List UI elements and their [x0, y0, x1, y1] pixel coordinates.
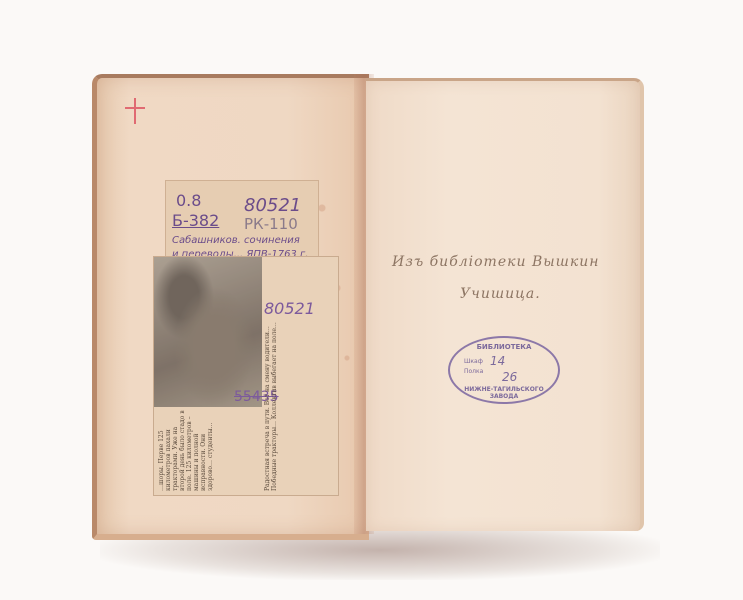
right-flyleaf	[366, 78, 644, 531]
clipping-inventory-stamp: 80521	[264, 299, 315, 318]
left-endpaper: 0.8 Б-382 80521 РК-110 Сабашников. сочин…	[92, 74, 369, 540]
open-book: 0.8 Б-382 80521 РК-110 Сабашников. сочин…	[92, 74, 642, 534]
shelf-mark: РК-110	[244, 215, 298, 233]
inscription-line-1: Изъ библіотеки Вышкин	[392, 254, 600, 270]
stamp-bottom-text: НИЖНЕ-ТАГИЛЬСКОГО ЗАВОДА	[450, 386, 558, 400]
inventory-number: 80521	[244, 195, 301, 216]
pencil-cross-mark	[125, 98, 145, 124]
card-title-line-1: Сабашников. сочинения	[172, 235, 300, 246]
stamp-top-text: БИБЛИОТЕКА	[450, 343, 558, 351]
call-number-1: 0.8	[176, 191, 201, 210]
stamp-field-2: Полка	[464, 368, 483, 375]
clipping-photo	[154, 257, 262, 407]
inscription-line-2: Учишица.	[460, 286, 642, 302]
newspaper-clipping: 80521 55435 …шоры. Перве 125 километров …	[153, 256, 339, 496]
library-stamp: БИБЛИОТЕКА Шкаф 14 Полка 26 НИЖНЕ-ТАГИЛЬ…	[448, 336, 560, 404]
stamp-number-1: 14	[490, 354, 505, 368]
ownership-inscription: Изъ библіотеки Вышкин Учишица.	[392, 254, 642, 302]
clipping-column-a: …шоры. Перве 125 километров пахали тракт…	[158, 409, 262, 491]
call-number-2: Б-382	[172, 211, 219, 230]
stamp-number-2: 26	[502, 370, 517, 384]
stamp-field-1: Шкаф	[464, 358, 483, 365]
clipping-column-b: Радостная встреча в пути. Вот на смену в…	[264, 317, 336, 491]
catalog-card: 0.8 Б-382 80521 РК-110 Сабашников. сочин…	[165, 180, 319, 262]
